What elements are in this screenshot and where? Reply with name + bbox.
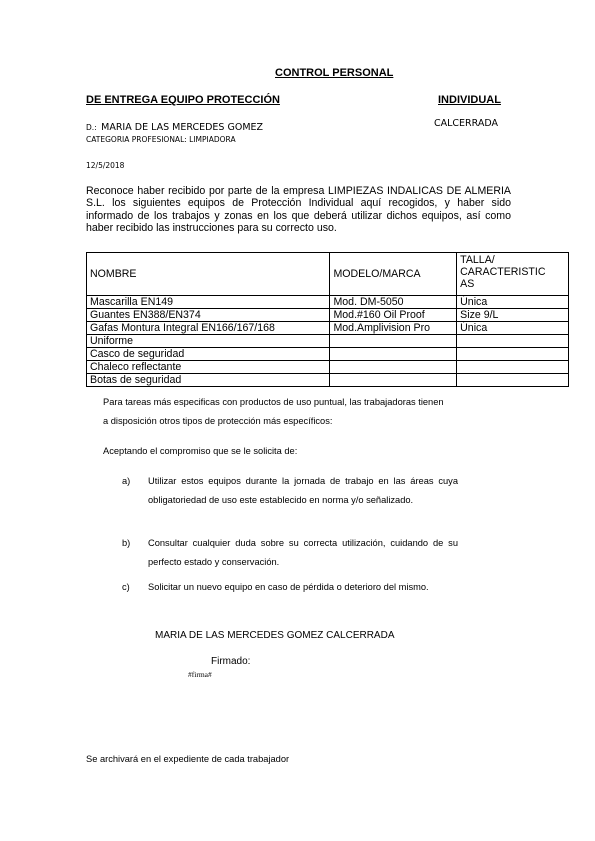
cell-talla: Única: [457, 322, 569, 335]
commitment-intro: Aceptando el compromiso que se le solici…: [103, 442, 297, 461]
worker-line: D.: MARIA DE LAS MERCEDES GOMEZ: [86, 117, 263, 135]
table-row: Casco de seguridad: [87, 348, 569, 361]
cell-nombre: Gafas Montura Integral EN166/167/168: [87, 322, 330, 335]
cell-talla: [457, 335, 569, 348]
worker-surname: CALCERRADA: [434, 118, 498, 129]
commitment-text: Solicitar un nuevo equipo en caso de pér…: [148, 578, 458, 597]
cell-modelo: Mod.#160 Oil Proof: [330, 309, 457, 322]
document-subtitle-left: DE ENTREGA EQUIPO PROTECCIÓN: [86, 94, 280, 106]
cell-nombre: Uniforme: [87, 335, 330, 348]
cell-nombre: Chaleco reflectante: [87, 361, 330, 374]
worker-prefix: D.:: [86, 123, 97, 132]
commitment-label: b): [122, 534, 130, 553]
cell-nombre: Botas de seguridad: [87, 374, 330, 387]
signed-label: Firmado:: [211, 656, 250, 667]
cell-nombre: Mascarilla EN149: [87, 296, 330, 309]
cell-modelo: [330, 335, 457, 348]
cell-modelo: [330, 348, 457, 361]
commitment-text: Consultar cualquier duda sobre su correc…: [148, 534, 458, 572]
cell-modelo: Mod. DM-5050: [330, 296, 457, 309]
equipment-table: NOMBRE MODELO/MARCA TALLA/CARACTERISTICA…: [86, 252, 569, 387]
table-row: Gafas Montura Integral EN166/167/168 Mod…: [87, 322, 569, 335]
table-header-row: NOMBRE MODELO/MARCA TALLA/CARACTERISTICA…: [87, 253, 569, 296]
table-row: Guantes EN388/EN374 Mod.#160 Oil Proof S…: [87, 309, 569, 322]
document-subtitle-right: INDIVIDUAL: [438, 94, 501, 106]
cell-modelo: Mod.Amplivision Pro: [330, 322, 457, 335]
commitment-text: Utilizar estos equipos durante la jornad…: [148, 472, 458, 510]
document-date: 12/5/2018: [86, 161, 124, 170]
table-row: Uniforme: [87, 335, 569, 348]
cell-talla: [457, 374, 569, 387]
table-row: Botas de seguridad: [87, 374, 569, 387]
commitment-label: c): [122, 578, 130, 597]
cell-modelo: [330, 374, 457, 387]
cell-nombre: Guantes EN388/EN374: [87, 309, 330, 322]
header-modelo: MODELO/MARCA: [330, 253, 457, 296]
specific-protection-line1: Para tareas más especificas con producto…: [103, 393, 444, 412]
signature-placeholder: #firma#: [188, 670, 212, 679]
professional-category: CATEGORIA PROFESIONAL: LIMPIADORA: [86, 135, 236, 144]
header-talla: TALLA/CARACTERISTICAS: [457, 253, 569, 296]
commitment-label: a): [122, 472, 130, 491]
intro-paragraph: Reconoce haber recibido por parte de la …: [86, 185, 511, 234]
table-row: Chaleco reflectante: [87, 361, 569, 374]
cell-talla: [457, 348, 569, 361]
cell-talla: Única: [457, 296, 569, 309]
document-title: CONTROL PERSONAL: [275, 67, 393, 79]
signatory-name: MARIA DE LAS MERCEDES GOMEZ CALCERRADA: [155, 630, 395, 641]
cell-talla: [457, 361, 569, 374]
specific-protection-line2: a disposición otros tipos de protección …: [103, 412, 332, 431]
header-nombre: NOMBRE: [87, 253, 330, 296]
archive-note: Se archivará en el expediente de cada tr…: [86, 754, 289, 764]
cell-talla: Size 9/L: [457, 309, 569, 322]
cell-nombre: Casco de seguridad: [87, 348, 330, 361]
worker-name: MARIA DE LAS MERCEDES GOMEZ: [101, 122, 263, 133]
cell-modelo: [330, 361, 457, 374]
table-row: Mascarilla EN149 Mod. DM-5050 Única: [87, 296, 569, 309]
